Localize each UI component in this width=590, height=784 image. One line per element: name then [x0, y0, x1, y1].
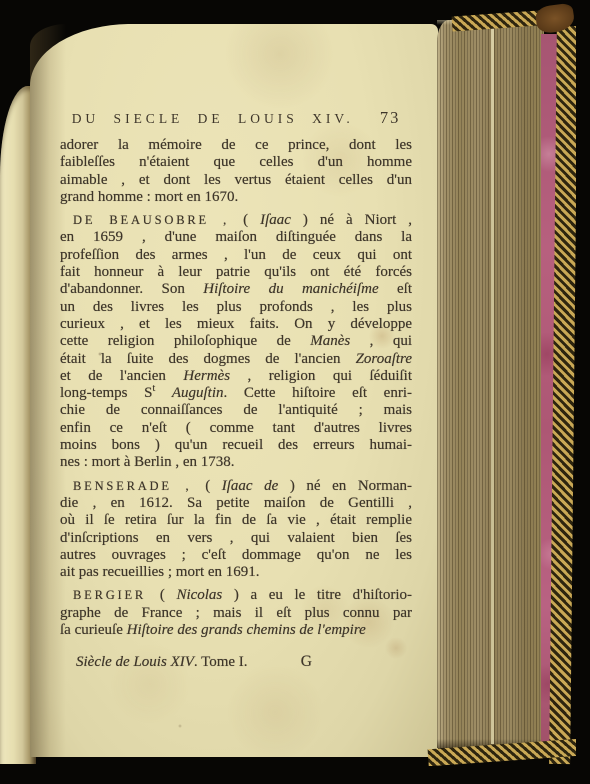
- italic-text: Hiſtoire des grands chemins de l'empire: [127, 622, 366, 638]
- page-footer: Siècle de Louis XIV. Tome I. G: [60, 653, 412, 671]
- text-line: adorer la mémoire de ce prince, dont les: [60, 137, 412, 154]
- text-run: . Tome I.: [194, 654, 248, 670]
- text-run: faibleſſes n'étaient que celles d'un hom…: [60, 154, 412, 170]
- text-line: BERGIER ( Nicolas ) a eu le titre d'hiſt…: [60, 587, 412, 604]
- text-run: curieux , et les mieux faits. On y dével…: [60, 316, 412, 332]
- italic-text: Manès: [310, 333, 350, 349]
- text-run: chie de connaiſſances de l'antiquité ; m…: [60, 402, 412, 418]
- fore-edge-gap-line: [491, 24, 494, 744]
- text-run: d'abandonner. Son: [60, 281, 203, 297]
- paragraph: BERGIER ( Nicolas ) a eu le titre d'hiſt…: [60, 587, 412, 639]
- text-run: d'inſcriptions en vers , qui valaient bi…: [60, 530, 412, 546]
- text-run: un des livres les plus profonds , les pl…: [60, 299, 412, 315]
- small-caps-name: BENSERADE ,: [73, 479, 205, 493]
- text-run: . Cette hiſtoire eſt enri-: [224, 385, 412, 401]
- text-run: était la ſuite des dogmes de l'ancien: [60, 351, 356, 367]
- book-page: DU SIECLE DE LOUIS XIV. 73 adorer la mém…: [30, 24, 438, 757]
- page-text-column: DU SIECLE DE LOUIS XIV. 73 adorer la mém…: [60, 108, 412, 671]
- text-run: (: [205, 478, 222, 494]
- text-line: curieux , et les mieux faits. On y dével…: [60, 316, 412, 333]
- book-scan: DU SIECLE DE LOUIS XIV. 73 adorer la mém…: [0, 0, 590, 784]
- text-run: long-temps S: [60, 385, 152, 401]
- text-line: chie de connaiſſances de l'antiquité ; m…: [60, 402, 412, 419]
- page-number: 73: [380, 108, 401, 128]
- paragraph: BENSERADE , ( Iſaac de ) né en Norman-di…: [60, 478, 412, 582]
- small-caps-name: DE BEAUSOBRE ,: [73, 213, 243, 227]
- text-line: et de l'ancien Hermès , religion qui ſéd…: [60, 368, 412, 385]
- text-run: (: [160, 587, 177, 603]
- italic-text: Siècle de Louis XIV: [76, 654, 194, 670]
- text-run: ) a eu le titre d'hiſtorio-: [222, 587, 412, 603]
- text-run: (: [243, 212, 260, 228]
- text-line: nes : mort à Berlin , en 1738.: [60, 454, 412, 471]
- text-line: graphe de France ; mais il eſt plus conn…: [60, 605, 412, 622]
- text-run: fait honneur à leur patrie qu'ils ont ét…: [60, 264, 412, 280]
- text-line: grand homme : mort en 1670.: [60, 189, 412, 206]
- text-line: moins bons ) qu'un recueil des erreurs h…: [60, 437, 412, 454]
- text-run: ) né en Norman-: [278, 478, 412, 494]
- running-head-title: DU SIECLE DE LOUIS XIV.: [72, 111, 354, 127]
- text-line: long-temps St Auguſtin. Cette hiſtoire e…: [60, 385, 412, 402]
- text-line: autres ouvrages ; c'eſt dommage qu'on ne…: [60, 547, 412, 564]
- text-run: grand homme : mort en 1670.: [60, 189, 238, 205]
- text-line: BENSERADE , ( Iſaac de ) né en Norman-: [60, 478, 412, 495]
- signature-line: Siècle de Louis XIV. Tome I.: [76, 654, 248, 671]
- paragraph: adorer la mémoire de ce prince, dont les…: [60, 137, 412, 206]
- text-run: profeſſion des armes , l'un de ceux qui …: [60, 247, 412, 263]
- text-run: graphe de France ; mais il eſt plus conn…: [60, 605, 412, 621]
- italic-text: Zoroaſtre: [356, 351, 412, 367]
- text-run: , qui: [350, 333, 412, 349]
- text-line: enfin ce n'eſt ( comme tant d'autres liv…: [60, 420, 412, 437]
- text-run: eſt: [379, 281, 412, 297]
- italic-text: Hermès: [183, 368, 230, 384]
- text-line: où il ſe retira ſur la fin de ſa vie , é…: [60, 512, 412, 529]
- text-run: et de l'ancien: [60, 368, 183, 384]
- small-caps-name: BERGIER: [73, 588, 160, 602]
- background-mask-bottom: [0, 766, 440, 784]
- text-line: ait pas recueillies ; mort en 1691.: [60, 564, 412, 581]
- italic-text: Hiſtoire du manichéiſme: [203, 281, 378, 297]
- paragraph: DE BEAUSOBRE , ( Iſaac ) né à Niort ,en …: [60, 212, 412, 471]
- text-run: , religion qui ſéduiſit: [230, 368, 412, 384]
- text-run: enfin ce n'eſt ( comme tant d'autres liv…: [60, 420, 412, 436]
- text-run: autres ouvrages ; c'eſt dommage qu'on ne…: [60, 547, 412, 563]
- text-line: était la ſuite des dogmes de l'ancien Zo…: [60, 351, 412, 368]
- text-line: die , en 1612. Sa petite maiſon de Genti…: [60, 495, 412, 512]
- text-run: [155, 385, 172, 401]
- text-line: faibleſſes n'étaient que celles d'un hom…: [60, 154, 412, 171]
- text-run: ait pas recueillies ; mort en 1691.: [60, 564, 260, 580]
- text-line: en 1659 , d'une maiſon diſtinguée dans l…: [60, 229, 412, 246]
- running-head: DU SIECLE DE LOUIS XIV. 73: [60, 108, 412, 128]
- text-run: ſa curieuſe: [60, 622, 127, 638]
- text-run: ) né à Niort ,: [291, 212, 412, 228]
- text-run: nes : mort à Berlin , en 1738.: [60, 454, 235, 470]
- italic-text: Iſaac: [260, 212, 291, 228]
- text-line: fait honneur à leur patrie qu'ils ont ét…: [60, 264, 412, 281]
- italic-text: Auguſtin: [172, 385, 224, 401]
- text-block: adorer la mémoire de ce prince, dont les…: [60, 137, 412, 639]
- text-run: aimable , et dont les vertus étaient cel…: [60, 172, 412, 188]
- text-line: d'inſcriptions en vers , qui valaient bi…: [60, 530, 412, 547]
- text-run: adorer la mémoire de ce prince, dont les: [60, 137, 412, 153]
- italic-text: Nicolas: [176, 587, 222, 603]
- text-run: où il ſe retira ſur la fin de ſa vie , é…: [60, 512, 412, 528]
- text-line: cette religion philoſophique de Manès , …: [60, 333, 412, 350]
- background-mask-right: [576, 0, 590, 784]
- text-line: ſa curieuſe Hiſtoire des grands chemins …: [60, 622, 412, 639]
- text-line: profeſſion des armes , l'un de ceux qui …: [60, 247, 412, 264]
- text-line: d'abandonner. Son Hiſtoire du manichéiſm…: [60, 281, 412, 298]
- catchword: G: [301, 653, 312, 671]
- text-run: cette religion philoſophique de: [60, 333, 310, 349]
- text-line: un des livres les plus profonds , les pl…: [60, 299, 412, 316]
- text-run: en 1659 , d'une maiſon diſtinguée dans l…: [60, 229, 412, 245]
- text-run: moins bons ) qu'un recueil des erreurs h…: [60, 437, 412, 453]
- text-line: aimable , et dont les vertus étaient cel…: [60, 172, 412, 189]
- text-line: DE BEAUSOBRE , ( Iſaac ) né à Niort ,: [60, 212, 412, 229]
- italic-text: Iſaac de: [222, 478, 279, 494]
- text-run: die , en 1612. Sa petite maiſon de Genti…: [60, 495, 412, 511]
